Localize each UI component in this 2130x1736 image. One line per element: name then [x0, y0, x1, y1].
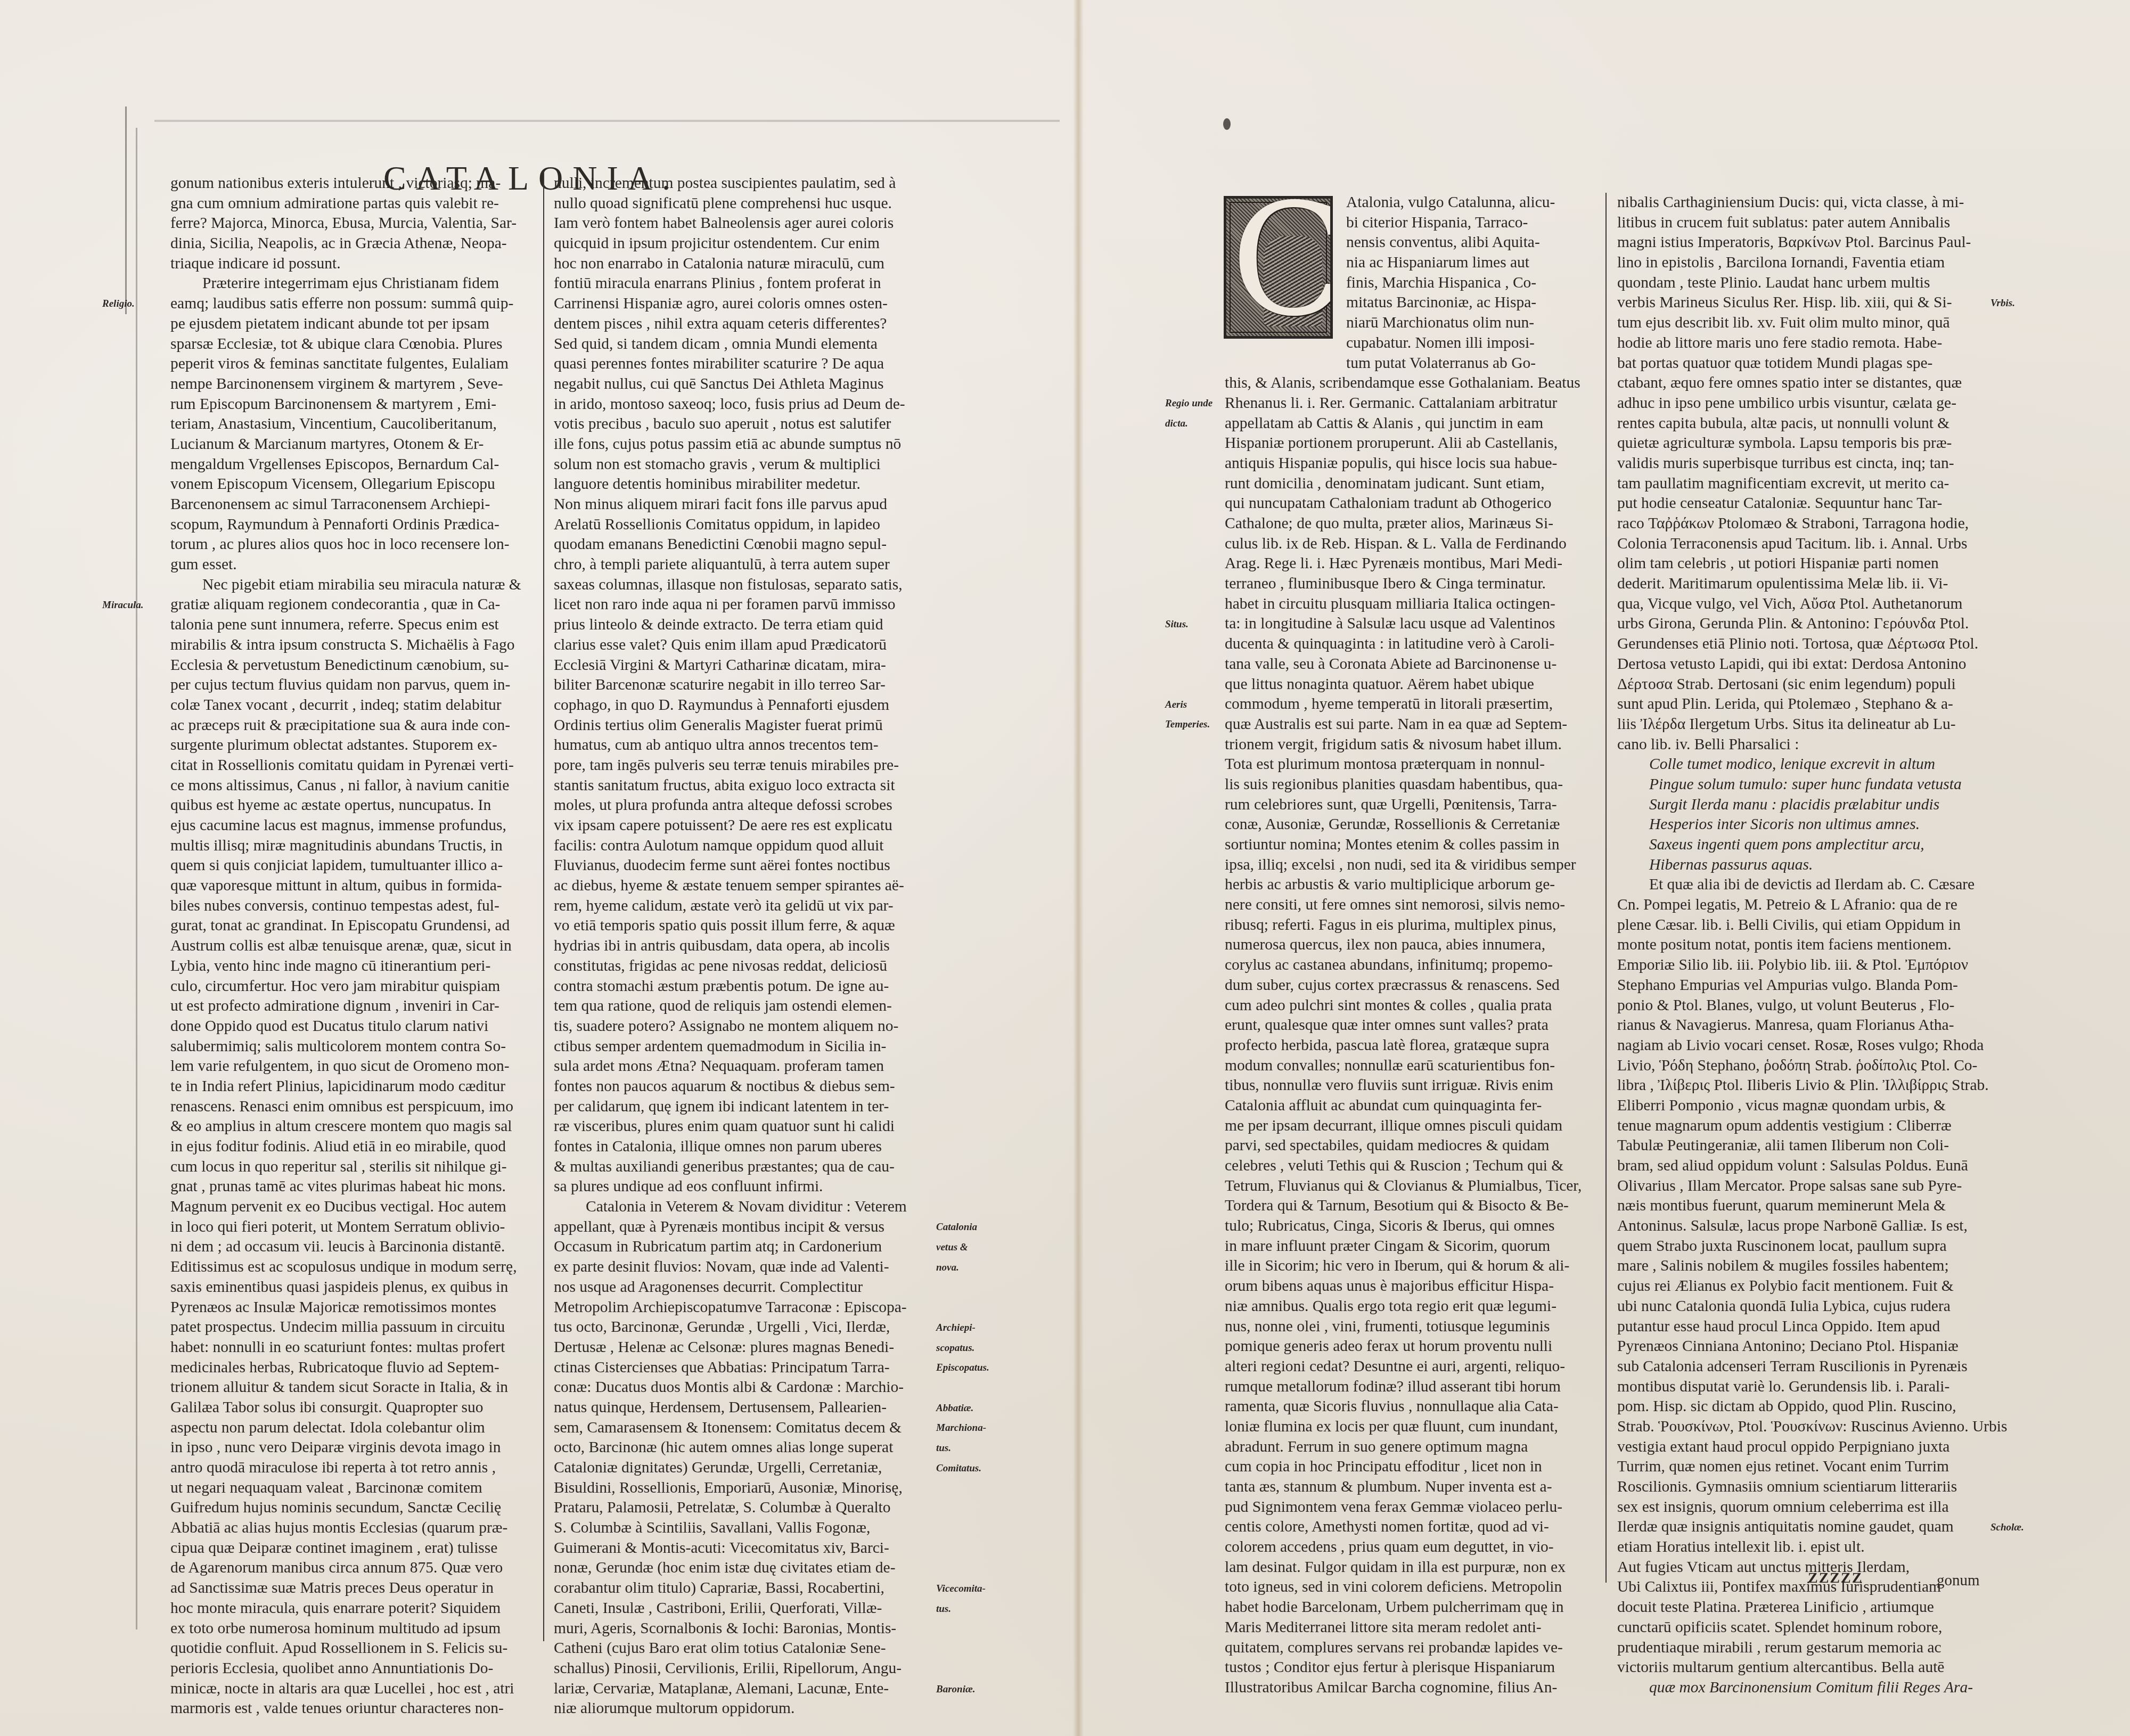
- text-line: humatus, cum ab antiquo ultra annos trec…: [554, 735, 907, 756]
- text-line: lem varie refulgentem, in quo sicut de O…: [170, 1057, 521, 1077]
- text-line: de Agarenorum manibus circa annum 875. Q…: [170, 1558, 521, 1578]
- margin-note: Marchiona-: [936, 1422, 986, 1434]
- text-line: ut est profecto admiratione dignum , inv…: [170, 996, 521, 1017]
- text-line: antro quodā miraculose ibi reperta à tot…: [170, 1458, 521, 1478]
- text-line: centis colore, Amethysti nomen fortitæ, …: [1225, 1517, 1582, 1537]
- text-line: Non minus aliquem mirari facit fons ille…: [554, 495, 907, 515]
- text-line: moles, ut plura profunda antra alteque d…: [554, 796, 907, 816]
- text-line: quæ Australis est sui parte. Nam in ea q…: [1225, 715, 1582, 735]
- text-line: Arelatū Rossellionis Comitatus oppidum, …: [554, 515, 907, 535]
- text-line: nempe Barcinonensem virginem & martyrem …: [170, 374, 521, 395]
- text-line: per calidarum, quę ignem ibi indicant la…: [554, 1097, 907, 1117]
- text-line: colæ Tanex vocant , decurrit , indeq; st…: [170, 695, 521, 716]
- text-line: mengaldum Vrgellenses Episcopos, Bernard…: [170, 455, 521, 475]
- text-line: niæ aliorumque multorum oppidorum.: [554, 1699, 907, 1719]
- pinhole-mark: [1223, 118, 1231, 130]
- text-line: olim tam celebris , ut potiori Hispaniæ …: [1617, 554, 2008, 574]
- text-line: habet: nonnulli in eo scaturiunt fontes:…: [170, 1338, 521, 1358]
- text-line: Cataloniæ dignitates) Gerundæ, Urgelli, …: [554, 1458, 907, 1478]
- margin-note: Miracula.: [102, 600, 144, 611]
- text-line: mitatus Barcinoniæ, ac Hispa-: [1225, 293, 1582, 313]
- text-line: done Oppido quod est Ducatus titulo clar…: [170, 1017, 521, 1037]
- text-line: nulli, incrementum postea suscipientes p…: [554, 174, 907, 194]
- text-line: Catalonia affluit ac abundat cum quinqua…: [1225, 1096, 1582, 1116]
- text-line: Metropolim Archiepiscopatumve Tarraconæ …: [554, 1298, 907, 1318]
- margin-note: scopatus.: [936, 1342, 974, 1354]
- text-line: Livio, Ῥόδη Stephano, ῥοδόπη Strab. ῥοδί…: [1617, 1056, 2008, 1076]
- text-line: litibus in crucem fuit sublatus: pater a…: [1617, 213, 2008, 233]
- text-line: Gerundenses etiā Plinio noti. Tortosa, q…: [1617, 634, 2008, 654]
- text-line: cum locus in quo reperitur sal , sterili…: [170, 1157, 521, 1177]
- text-line: commodum , hyeme temperatū in litorali p…: [1225, 694, 1582, 715]
- margin-note: Archiepi-: [936, 1322, 976, 1334]
- text-line: Tordera qui & Tarnum, Besotium qui & Bis…: [1225, 1196, 1582, 1216]
- text-line: Ecclesiā Virgini & Martyri Catharinæ dic…: [554, 656, 907, 676]
- text-line: ex parte desinit fluvios: Novam, quæ ind…: [554, 1257, 907, 1278]
- text-line: nos usque ad Aragonenses decurrit. Compl…: [554, 1278, 907, 1298]
- text-line: renascens. Renasci enim omnibus est pers…: [170, 1097, 521, 1117]
- text-line: lariæ, Cervariæ, Mataplanæ, Alemani, Lac…: [554, 1679, 907, 1699]
- text-line: scopum, Raymundum à Pennaforti Ordinis P…: [170, 515, 521, 535]
- text-line: Pingue solum tumulo: super hunc fundata …: [1617, 775, 2008, 795]
- atlas-sheet: CATALONIA. gonum nationibus exteris intu…: [0, 0, 2130, 1736]
- text-line: bat portas quatuor quæ totidem Mundi pla…: [1617, 354, 2008, 374]
- text-line: adhuc in ipso pene umbilico urbis visunt…: [1617, 394, 2008, 414]
- text-line: gurat, tonat ac grandinat. In Episcopatu…: [170, 916, 521, 936]
- text-line: vo etiā temporis spatio quis possit illu…: [554, 916, 907, 936]
- text-line: pud Signimontem vena ferax Gemmæ violace…: [1225, 1497, 1582, 1518]
- margin-note: Comitatus.: [936, 1463, 981, 1475]
- text-line: putantur esse haud procul Linca Oppido. …: [1617, 1317, 2008, 1337]
- text-line: Arag. Rege li. i. Hæc Pyrenæis montibus,…: [1225, 554, 1582, 574]
- text-line: tam paullatim magnificentiam excrevit, u…: [1617, 474, 2008, 494]
- text-line: trionem alluitur & tandem sicut Soracte …: [170, 1378, 521, 1398]
- text-line: saxis eminentibus quasi jaspideis plenus…: [170, 1278, 521, 1298]
- page-border-line: [125, 107, 127, 314]
- text-line: quietæ agriculturæ symbola. Lapsu tempor…: [1617, 433, 2008, 454]
- text-line: ponio & Ptol. Blanes, vulgo, ut volunt B…: [1617, 996, 2008, 1016]
- text-line: tis, suadere potero? Assignabo ne montem…: [554, 1017, 907, 1037]
- text-line: erunt, qualesque quæ inter omnes sunt va…: [1225, 1016, 1582, 1036]
- text-line: Hesperios inter Sicoris non ultimus amne…: [1617, 815, 2008, 835]
- text-line: Dertusæ , Helenæ ac Celsonæ: plures magn…: [554, 1338, 907, 1358]
- text-line: quasi perennes fontes mirabiliter scatur…: [554, 354, 907, 374]
- column-divider: [543, 171, 544, 1641]
- text-line: Pyrenæos ac Insulæ Majoricæ remotissimos…: [170, 1298, 521, 1318]
- text-line: solum non est stomacho gravis , verum & …: [554, 455, 907, 475]
- text-line: votis precibus , baculo suo aperuit , no…: [554, 414, 907, 435]
- text-line: ac præceps ruit & præcipitatione sua & a…: [170, 716, 521, 736]
- text-line: bi citerior Hispania, Tarraco-: [1225, 213, 1582, 233]
- text-line: ad Sanctissimæ suæ Matris preces Deus op…: [170, 1578, 521, 1599]
- text-line: S. Columbæ à Scintiliis, Savallani, Vall…: [554, 1518, 907, 1538]
- text-line: rianus & Navagierus. Manresa, quam Flori…: [1617, 1016, 2008, 1036]
- text-line: magni istius Imperatoris, Βαρκίνων Ptol.…: [1617, 233, 2008, 253]
- text-line: licet non raro inde aqua ni per foramen …: [554, 595, 907, 615]
- text-line: numerosa quercus, ilex non pauca, abies …: [1225, 935, 1582, 955]
- text-line: clarius esse valet? Quis enim illam apud…: [554, 635, 907, 656]
- text-line: corabantur olim titulo) Caprariæ, Bassi,…: [554, 1578, 907, 1599]
- text-line: pore, tam ingēs pulveris seu terræ tenui…: [554, 756, 907, 776]
- text-line: cujus rei Ælianus ex Polybio facit menti…: [1617, 1276, 2008, 1297]
- text-line: culo, circumfertur. Hoc vero jam mirabit…: [170, 977, 521, 997]
- text-line: pom. Hisp. sic dictam ab Oppido, quod Pl…: [1617, 1397, 2008, 1417]
- text-line: facilis: contra Aulotum namque oppidum q…: [554, 836, 907, 856]
- text-line: Hispaniæ portionem proruperunt. Alii ab …: [1225, 433, 1582, 454]
- text-line: hydrias ibi in antris quibusdam, data op…: [554, 936, 907, 956]
- text-line: orum bibens aquas unus è majoribus effic…: [1225, 1276, 1582, 1297]
- text-line: fontes non paucos aquarum & noctibus & d…: [554, 1077, 907, 1097]
- text-line: ctibus semper ardentem quemadmodum in Si…: [554, 1037, 907, 1057]
- margin-note: nova.: [936, 1262, 959, 1274]
- text-line: sem, Camarasensem & Itonensem: Comitatus…: [554, 1418, 907, 1438]
- text-line: ejus cacumine lacus est magnus, immense …: [170, 816, 521, 836]
- text-line: prudentiaque mirabili , rerum gestarum m…: [1617, 1638, 2008, 1658]
- text-line: this, & Alanis, scribendamque esse Gotha…: [1225, 373, 1582, 394]
- text-line: peperit viros & feminas sanctitate fulge…: [170, 354, 521, 374]
- text-line: sortiuntur nomina; Montes etenim & colle…: [1225, 835, 1582, 855]
- text-line: sula ardet mons Ætna? Nequaquam. profera…: [554, 1057, 907, 1077]
- text-line: Colle tumet modico, lenique excrevit in …: [1617, 755, 2008, 775]
- center-fold: [1073, 0, 1084, 1736]
- text-line: prius linteolo & deinde extracto. De ter…: [554, 615, 907, 635]
- text-line: patet prospectus. Undecim millia passuum…: [170, 1317, 521, 1338]
- text-line: quem Strabo juxta Ruscinonem locat, paul…: [1617, 1237, 2008, 1257]
- text-line: Austrum collis est albæ tenuisque arenæ,…: [170, 936, 521, 956]
- catchword: gonum: [1937, 1572, 1980, 1590]
- text-line: Cn. Pompei legatis, M. Petreio & L Afran…: [1617, 895, 2008, 915]
- text-line: trionem vergit, frigidum satis & nivosum…: [1225, 735, 1582, 755]
- text-line: gnat , prunas tamē ac vites plurimas hab…: [170, 1177, 521, 1197]
- text-line: hodie ab littore maris uno fere stadio r…: [1617, 333, 2008, 354]
- text-line: plene Cæsar. lib. i. Belli Civilis, qui …: [1617, 915, 2008, 936]
- text-line: verbis Marineus Siculus Rer. Hisp. lib. …: [1617, 293, 2008, 313]
- text-line: urbs Girona, Gerunda Plin. & Antonino: Γ…: [1617, 614, 2008, 634]
- text-line: gna cum omnium admiratione partas quis v…: [170, 194, 521, 214]
- text-line: tana valle, seu à Coronata Abiete ad Bar…: [1225, 654, 1582, 675]
- margin-note: Episcopatus.: [936, 1362, 989, 1374]
- show-through-rule: [154, 120, 1060, 122]
- text-line: Lybia, vento hinc inde magno cū itineran…: [170, 956, 521, 977]
- column-divider: [1605, 193, 1607, 1583]
- text-line: sex est insignis, quorum omnium celeberr…: [1617, 1497, 2008, 1518]
- text-line: Cathalone; de quo multa, præter alios, M…: [1225, 514, 1582, 534]
- text-line: ut negari nequaquam valeat , Barcinonæ c…: [170, 1478, 521, 1498]
- text-line: Bisuldini, Rossellionis, Emporiarū, Auso…: [554, 1478, 907, 1498]
- text-line: nus, nonne olei , vini, frumenti, totius…: [1225, 1317, 1582, 1337]
- text-line: finis, Marchia Hispanica , Co-: [1225, 273, 1582, 293]
- text-line: nullo quoad significatū plene comprehens…: [554, 194, 907, 214]
- text-line: Dertosa vetusto Lapidi, qui ibi extat: D…: [1617, 654, 2008, 675]
- text-line: in arido, montoso saxeoq; loco, fusis pr…: [554, 395, 907, 415]
- text-line: & eo amplius in altum crescere montem qu…: [170, 1117, 521, 1137]
- text-line: Stephano Empurias vel Ampurias vulgo. Bl…: [1617, 976, 2008, 996]
- text-line: tem qua ratione, quod de reliquis jam os…: [554, 996, 907, 1017]
- text-line: nibalis Carthaginiensium Ducis: qui, vic…: [1617, 193, 2008, 213]
- text-line: te in India refert Plinius, lapicidinaru…: [170, 1077, 521, 1097]
- text-line: quodam emanans Benedictini Cœnobii magno…: [554, 535, 907, 555]
- text-line: saxeas columnas, illasque non fistulosas…: [554, 575, 907, 595]
- text-line: ipsa, illiq; excelsi , non nudi, sed ita…: [1225, 855, 1582, 875]
- text-line: tenue magnarum opum addentis vestigium :…: [1617, 1116, 2008, 1136]
- text-line: dederit. Maritimarum opulentissima Melæ …: [1617, 574, 2008, 594]
- text-line: Antoninus. Salsulæ, lacus prope Narbonē …: [1617, 1216, 2008, 1237]
- text-line: chro, à templi pariete aliquantulū, à te…: [554, 555, 907, 575]
- text-line: vonem Episcopum Vicensem, Ollegarium Epi…: [170, 474, 521, 495]
- text-line: nere consiti, ut fere omnes sint nemoros…: [1225, 895, 1582, 915]
- text-line: bram, sed aliud oppidum volunt : Salsula…: [1617, 1156, 2008, 1176]
- text-line: & multas auxiliandi generibus præstantes…: [554, 1157, 907, 1177]
- text-line: quondam , teste Plinio. Laudat hanc urbe…: [1617, 273, 2008, 293]
- text-line: nensis conventus, alibi Aquita-: [1225, 233, 1582, 253]
- text-line: gonum nationibus exteris intulerunt , vi…: [170, 174, 521, 194]
- text-line: cano lib. iv. Belli Pharsalici :: [1617, 735, 2008, 755]
- text-line: parvi, sed spectabiles, quidam mediocres…: [1225, 1136, 1582, 1156]
- text-line: contra stomachi æstum præbentis potum. D…: [554, 977, 907, 997]
- text-line: raco Ταῤῥάκων Ptolomæo & Straboni, Tarra…: [1617, 514, 2008, 534]
- text-line: niarū Marchionatus olim nun-: [1225, 313, 1582, 333]
- text-line: ubi nunc Catalonia quondā Iulia Lybica, …: [1617, 1297, 2008, 1317]
- margin-note: tus.: [936, 1603, 951, 1615]
- text-line: torum , ac plures alios quos hoc in loco…: [170, 535, 521, 555]
- text-line: quicquid in ipsum projicitur ostendentem…: [554, 234, 907, 254]
- text-line: Et quæ alia ibi de devictis ad Ilerdam a…: [1617, 875, 2008, 895]
- text-line: quæ mox Barcinonensium Comitum filii Reg…: [1617, 1678, 2008, 1698]
- text-line: eamq; laudibus satis efferre non possum:…: [170, 294, 521, 314]
- text-line: Pyrenæos Cinniana Antonino; Deciano Ptol…: [1617, 1337, 2008, 1357]
- left-page-column-1: gonum nationibus exteris intulerunt , vi…: [170, 174, 521, 1719]
- text-line: constitutas, frigidas ac pene nivosas re…: [554, 956, 907, 977]
- text-line: que littus nonaginta quatuor. Aërem habe…: [1225, 675, 1582, 695]
- text-line: ac diebus, hyeme & æstate tenuem semper …: [554, 876, 907, 896]
- signature-mark: ZZZZZ: [1808, 1570, 1863, 1587]
- text-line: vix ipsam capere potuissent? De aere res…: [554, 816, 907, 836]
- text-line: Hibernas passurus aquas.: [1617, 855, 2008, 875]
- text-line: loniæ flumina ex locis per quæ fluunt, c…: [1225, 1417, 1582, 1437]
- text-line: tustos ; Conditor ejus fertur à plerisqu…: [1225, 1658, 1582, 1678]
- text-line: colorem accedens , prius quam eum degutt…: [1225, 1537, 1582, 1558]
- text-line: Strab. Ῥουσκίνων, Ptol. Ῥουσκίνων: Rusci…: [1617, 1417, 2008, 1437]
- text-line: sub Catalonia adcenseri Terram Ruscilion…: [1617, 1357, 2008, 1377]
- text-line: Occasum in Rubricatum partim atq; in Car…: [554, 1237, 907, 1257]
- text-line: rum Episcopum Barcinonensem & martyrem ,…: [170, 395, 521, 415]
- text-line: pomique generis adeo ferax ut horum prov…: [1225, 1337, 1582, 1357]
- margin-note: Regio unde: [1165, 398, 1213, 410]
- text-line: quibus est hyeme ac æstate opertus, nunc…: [170, 796, 521, 816]
- text-line: celebres , veluti Tethis qui & Ruscion ;…: [1225, 1156, 1582, 1176]
- page-border-line: [136, 128, 137, 1629]
- text-line: Illustratoribus Amilcar Barcha cognomine…: [1225, 1678, 1582, 1698]
- text-line: mirabilis & intra ipsum constructa S. Mi…: [170, 635, 521, 656]
- text-line: ctabant, æquo fere omnes spatio inter se…: [1617, 373, 2008, 394]
- text-line: marmoris est , valde tenues oriuntur cha…: [170, 1699, 521, 1719]
- text-line: etiam Horatius intellexit lib. i. epist …: [1617, 1537, 2008, 1558]
- text-line: Sed quid, si tandem dicam , omnia Mundi …: [554, 334, 907, 355]
- text-line: Guifredum hujus nominis secundum, Sanctæ…: [170, 1498, 521, 1518]
- margin-note: Religio.: [102, 298, 135, 310]
- text-line: monte positum notat, pontis item faciens…: [1617, 935, 2008, 955]
- text-line: cum adeo pulchri sint montes & colles , …: [1225, 996, 1582, 1016]
- text-line: sparsæ Ecclesiæ, tot & ubique clara Cœno…: [170, 334, 521, 355]
- text-line: quæ vaporesque mittunt in altum, quibus …: [170, 876, 521, 896]
- text-line: Saxeus ingenti quem pons amplectitur arc…: [1617, 835, 2008, 855]
- text-line: quem si quis conjiciat lapidem, tumultua…: [170, 856, 521, 876]
- text-line: tanta æs, stannum & plumbum. Nuper inven…: [1225, 1477, 1582, 1497]
- text-line: Guimerani & Montis-acuti: Vicecomitatus …: [554, 1538, 907, 1559]
- text-line: ribusq; referti. Fagus in eis plurima, m…: [1225, 915, 1582, 936]
- text-line: Abbatiā ac alias hujus montis Ecclesias …: [170, 1518, 521, 1538]
- text-line: pe ejusdem pietatem indicant abunde tot …: [170, 314, 521, 334]
- text-line: sa plures undique ad eos confluunt infir…: [554, 1177, 907, 1197]
- text-line: Nec pigebit etiam mirabilia seu miracula…: [170, 575, 521, 595]
- text-line: cophago, in quo D. Raymundus à Pennafort…: [554, 695, 907, 716]
- text-line: abradunt. Ferrum in suo genere optimum m…: [1225, 1437, 1582, 1457]
- text-line: hoc monte miracula, quis enarrare poteri…: [170, 1599, 521, 1619]
- text-line: perioris Ecclesia, quolibet anno Annunti…: [170, 1659, 521, 1679]
- text-line: biles nubes conversis, continuo tempesta…: [170, 896, 521, 916]
- text-line: Ecclesia & pervetustum Benedictinum cæno…: [170, 656, 521, 676]
- text-line: corylus ac castanea abundans, infinitumq…: [1225, 955, 1582, 976]
- text-line: ille fons, cujus potus passim etiā ac ab…: [554, 435, 907, 455]
- text-line: Ilerdæ quæ insignis antiquitatis nomine …: [1617, 1517, 2008, 1537]
- text-line: hoc non enarrabo in Catalonia naturæ mir…: [554, 254, 907, 274]
- text-line: alteri regioni cedat? Desuntne ei auri, …: [1225, 1357, 1582, 1377]
- text-line: rum celebriores sunt, quæ Urgelli, Pœnit…: [1225, 795, 1582, 815]
- text-line: terraneo , fluminibusque Ibero & Cinga t…: [1225, 574, 1582, 594]
- text-line: Tabulæ Peutingeraniæ, alii tamen Iliberu…: [1617, 1136, 2008, 1156]
- text-line: Fluvianus, duodecim ferme sunt aërei fon…: [554, 856, 907, 876]
- text-line: tulo; Rubricatus, Cinga, Sicoris & Iberu…: [1225, 1216, 1582, 1237]
- text-line: tum ejus describit lib. xv. Fuit olim mu…: [1617, 313, 2008, 333]
- text-line: per cujus tectum fluvius quidam non parv…: [170, 675, 521, 695]
- text-line: rem, hyeme calidum, æstate verò ita geli…: [554, 896, 907, 916]
- text-line: languore detentis hominibus mirabiliter …: [554, 474, 907, 495]
- text-line: triaque indicare id possunt.: [170, 254, 521, 274]
- text-line: Præterire integerrimam ejus Christianam …: [170, 274, 521, 294]
- text-line: Prataru, Palamosii, Petrelatæ, S. Columb…: [554, 1498, 907, 1518]
- text-line: ex toto orbe numerosa hominum multitudo …: [170, 1619, 521, 1639]
- text-line: Olivarius , Illam Mercator. Prope salsas…: [1617, 1176, 2008, 1197]
- text-line: habet in circuitu plusquam milliaria Ita…: [1225, 594, 1582, 615]
- text-line: Atalonia, vulgo Catalunna, alicu-: [1225, 193, 1582, 213]
- text-line: nonæ, Gerundæ (hoc enim istæ duę civitat…: [554, 1558, 907, 1578]
- text-line: gratiæ aliquam regionem condecorantia , …: [170, 595, 521, 615]
- text-line: validis muris superbisque turribus est c…: [1617, 454, 2008, 474]
- right-page-column-2: nibalis Carthaginiensium Ducis: qui, vic…: [1617, 193, 2008, 1698]
- text-line: surgente plurimum oblectat adstantes. St…: [170, 735, 521, 756]
- text-line: Emporiæ Silio lib. iii. Polybio lib. iii…: [1617, 955, 2008, 976]
- text-line: appellant, quæ à Pyrenæis montibus incip…: [554, 1217, 907, 1238]
- text-line: habet hodie Barcelonam, Urbem pulcherrim…: [1225, 1598, 1582, 1618]
- text-line: conæ: Ducatus duos Montis albi & Cardonæ…: [554, 1378, 907, 1398]
- text-line: Surgit Ilerda manu : placidis prælabitur…: [1617, 795, 2008, 815]
- text-line: ræ visceribus, plures enim quam quatuor …: [554, 1117, 907, 1137]
- margin-note: Baroniæ.: [936, 1684, 975, 1696]
- text-line: negabit nullus, cui quē Sanctus Dei Athl…: [554, 374, 907, 395]
- text-line: cunctarū opificiis scatet. Splendet homi…: [1617, 1618, 2008, 1638]
- text-line: nagiam ab Livio vocari censet. Rosæ, Ros…: [1617, 1036, 2008, 1056]
- text-line: in ipso , nunc vero Deiparæ virginis dev…: [170, 1438, 521, 1458]
- text-line: Editissimus est ac scopulosus undique in…: [170, 1257, 521, 1278]
- text-line: Maris Mediterranei littore sita meram re…: [1225, 1618, 1582, 1638]
- text-line: Barcenonensem ac simul Tarraconensem Arc…: [170, 495, 521, 515]
- text-line: rumque metallorum fodinæ? illud asserant…: [1225, 1377, 1582, 1397]
- text-line: Turrim, quæ nomen ejus retinet. Vocant e…: [1617, 1457, 2008, 1477]
- text-line: ferre? Majorca, Minorca, Ebusa, Murcia, …: [170, 214, 521, 234]
- text-line: montibus disputat variè lo. Gerundensis …: [1617, 1377, 2008, 1397]
- margin-note: tus.: [936, 1443, 951, 1454]
- text-line: cupabatur. Nomen illi imposi-: [1225, 333, 1582, 354]
- text-line: modum convalles; nonnullæ earū scaturien…: [1225, 1056, 1582, 1076]
- left-page: CATALONIA.: [0, 0, 1070, 1736]
- text-line: lino in epistolis , Barcilona Iornandi, …: [1617, 253, 2008, 273]
- text-line: fontes in Catalonia, illique omnes non p…: [554, 1137, 907, 1157]
- text-line: ducenta & quinquaginta : in latitudine v…: [1225, 634, 1582, 654]
- text-line: qui nuncupatam Cathaloniam tradunt ab Ot…: [1225, 494, 1582, 514]
- text-line: liis Ἰλέρδα Ilergetum Urbs. Situs ita de…: [1617, 715, 2008, 735]
- text-line: me per ipsam decurrant, illique omnes pi…: [1225, 1116, 1582, 1136]
- text-line: qua, Vicque vulgo, vel Vich, Αὔσα Ptol. …: [1617, 594, 2008, 615]
- text-line: Roscilionis. Gymnasiis omnium scientiaru…: [1617, 1477, 2008, 1497]
- margin-note: vetus &: [936, 1242, 968, 1254]
- text-line: Tetrum, Fluvianus qui & Clovianus & Plum…: [1225, 1176, 1582, 1197]
- text-line: in loco qui fieri poterit, ut Montem Ser…: [170, 1217, 521, 1238]
- text-line: næis montibus fuerunt, quarum meminerunt…: [1617, 1196, 2008, 1216]
- text-line: dum suber, cujus cortex præcrassus & ren…: [1225, 976, 1582, 996]
- text-line: Caneti, Insulæ , Castriboni, Erilii, Que…: [554, 1599, 907, 1619]
- text-line: schallus) Pinosii, Cervilionis, Erilii, …: [554, 1659, 907, 1679]
- text-line: citat in Rossellionis comitatu quidam in…: [170, 756, 521, 776]
- text-line: lis suis regionibus planities quasdam ha…: [1225, 775, 1582, 795]
- text-line: dentem pisces , nihil extra aquam ceteri…: [554, 314, 907, 334]
- text-line: tibus, nonnullæ vero fluviis sunt irrigu…: [1225, 1076, 1582, 1096]
- text-line: sunt apud Plin. Lerida, qui Ptolemæo , S…: [1617, 694, 2008, 715]
- text-line: docuit teste Platina. Præterea Linificio…: [1617, 1598, 2008, 1618]
- text-line: cipua quæ Deiparæ continet imaginem , er…: [170, 1538, 521, 1559]
- text-line: tus octo, Barcinonæ, Gerundæ , Urgelli ,…: [554, 1317, 907, 1338]
- text-line: antiquis Hispaniæ populis, qui hisce loc…: [1225, 454, 1582, 474]
- text-line: toto igneus, sed in vini colorem deficie…: [1225, 1577, 1582, 1598]
- text-line: octo, Barcinonæ (hic autem omnes alias l…: [554, 1438, 907, 1458]
- text-line: quotidie confluit. Apud Rossellionem in …: [170, 1639, 521, 1659]
- text-line: Rhenanus li. i. Rer. Germanic. Cattalani…: [1225, 394, 1582, 414]
- text-line: cum copia in hoc Principatu effoditur , …: [1225, 1457, 1582, 1477]
- margin-note: Abbatiæ.: [936, 1403, 973, 1414]
- margin-note: Vicecomita-: [936, 1583, 986, 1595]
- text-line: Ordinis tertius olim Generalis Magister …: [554, 716, 907, 736]
- text-line: quitatem, complures servans rei probandæ…: [1225, 1638, 1582, 1658]
- margin-note: Vrbis.: [1990, 298, 2015, 309]
- text-line: muri, Ageris, Scornalbonis & Iochi: Baro…: [554, 1619, 907, 1639]
- text-line: victoriis multarum gentium altercantibus…: [1617, 1658, 2008, 1678]
- margin-note: dicta.: [1165, 418, 1188, 430]
- right-page-column-1: Atalonia, vulgo Catalunna, alicu-bi cite…: [1225, 193, 1582, 1698]
- margin-note: Catalonia: [936, 1222, 977, 1233]
- text-line: gum esset.: [170, 555, 521, 575]
- text-line: Eliberri Pomponio , vicus magnæ quondam …: [1617, 1096, 2008, 1116]
- text-line: ctinas Cistercienses que Abbatias: Princ…: [554, 1358, 907, 1378]
- text-line: Colonia Terraconensis apud Tacitum. lib.…: [1617, 534, 2008, 554]
- text-line: Lucianum & Marcianum martyres, Otonem & …: [170, 435, 521, 455]
- text-line: salubermimiq; salis multicolorem montem …: [170, 1037, 521, 1057]
- text-line: libra , Ἰλίβερις Ptol. Iliberis Livio & …: [1617, 1076, 2008, 1096]
- text-line: ni dem ; ad occasum vii. leucis à Barcin…: [170, 1237, 521, 1257]
- text-line: rentes capita bubula, altæ pacis, ut non…: [1617, 414, 2008, 434]
- text-line: lam desinat. Fulgor quidam in illa est p…: [1225, 1558, 1582, 1578]
- text-line: in mare influunt præter Cingam & Sicorim…: [1225, 1237, 1582, 1257]
- text-line: ce mons altissimus, Canus , ni fallor, à…: [170, 776, 521, 796]
- text-line: teriam, Anastasium, Vincentium, Caucolib…: [170, 414, 521, 435]
